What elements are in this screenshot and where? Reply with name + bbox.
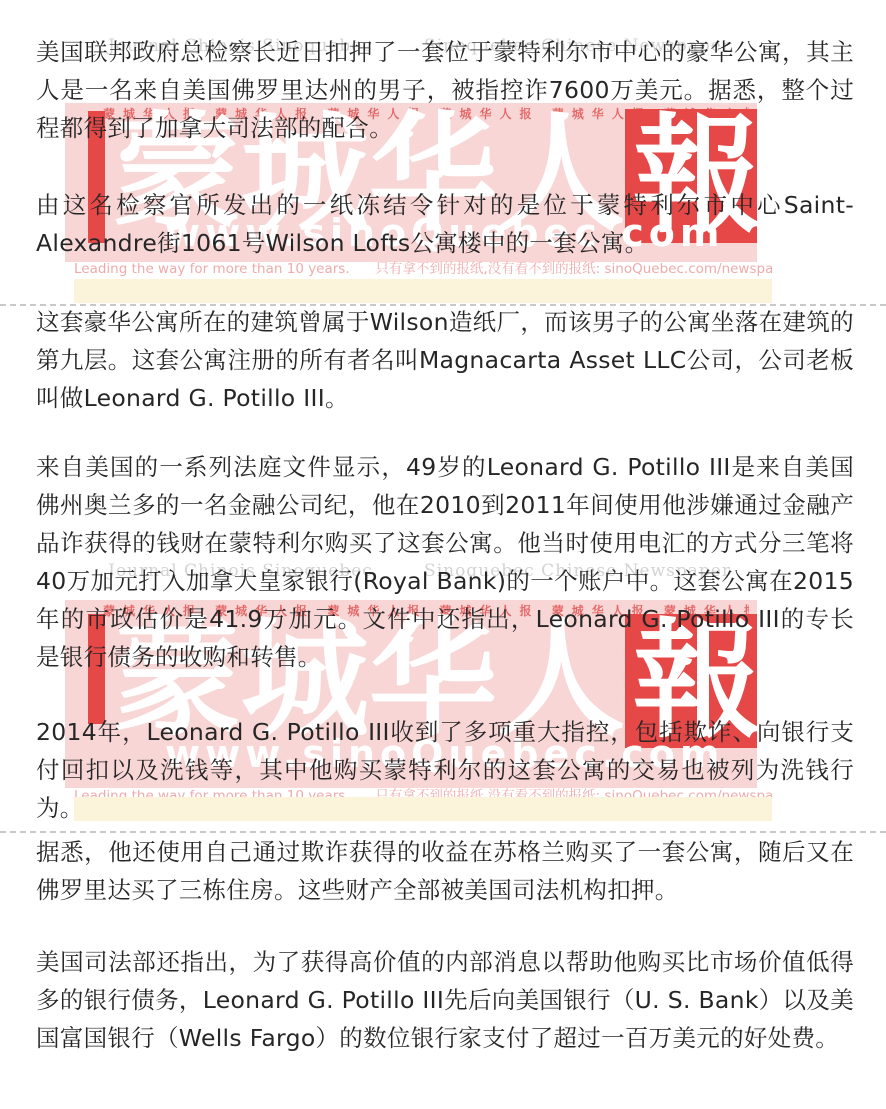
article-paragraph: 据悉，他还使用自己通过欺诈获得的收益在苏格兰购买了一套公寓，随后又在佛罗里达买了… [36,833,854,909]
article-paragraph: 这套豪华公寓所在的建筑曾属于Wilson造纸厂，而该男子的公寓坐落在建筑的第九层… [36,303,854,417]
watermark-tagline: Leading the way for more than 10 years. … [74,259,772,279]
article-page: Journal Chinois Sinoquebec Sinoquebec Ch… [0,0,886,1109]
article-paragraph: 由这名检察官所发出的一纸冻结令针对的是位于蒙特利尔市中心Saint-Alexan… [36,186,854,262]
article-paragraph: 美国司法部还指出，为了获得高价值的内部消息以帮助他购买比市场价值低得多的银行债务… [36,943,854,1057]
article-paragraph: 来自美国的一系列法庭文件显示，49岁的Leonard G. Potillo II… [36,448,854,676]
article-paragraph: 美国联邦政府总检察长近日扣押了一套位于蒙特利尔市中心的豪华公寓，其主人是一名来自… [36,33,854,147]
article-paragraph: 2014年，Leonard G. Potillo III收到了多项重大指控，包括… [36,713,854,827]
watermark-contact-strip: 电话/传真: 1-800-906-5996 (北美免费) Email: info… [74,279,772,303]
